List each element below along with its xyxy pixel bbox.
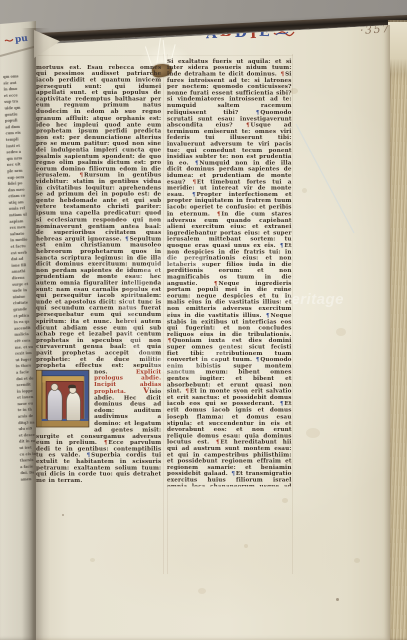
stain — [290, 88, 298, 94]
stain — [302, 188, 307, 193]
manuscript-page: d O A B D I E ·357 mortuus est. Esau reb… — [28, 0, 390, 640]
miniature-figure-left — [47, 389, 62, 421]
facing-page-strip: pu qm omssic autin dmoet eccesup trauide… — [0, 0, 36, 640]
watermark-text-fragment: Heritage — [128, 217, 172, 229]
miniature-figure-left-head — [51, 383, 59, 391]
facing-header-letters: pu — [14, 32, 28, 47]
facing-running-header: pu — [3, 32, 28, 48]
fore-edge-page-stack — [388, 20, 407, 640]
watermark-text: Heritage — [280, 291, 344, 308]
parchment-mottling — [78, 490, 358, 620]
stain — [306, 428, 320, 438]
miniature-figure-right — [66, 392, 81, 421]
chapter-opening-block: nos. Explicit prologus abdie. Incipit ab… — [36, 369, 161, 484]
illuminated-miniature — [36, 370, 89, 427]
speck — [62, 514, 64, 516]
fore-edge-top-leaves — [388, 22, 407, 74]
stain — [336, 328, 346, 336]
miniature-frame-right — [84, 376, 88, 422]
manuscript-photo: d O A B D I E ·357 mortuus est. Esau reb… — [0, 0, 407, 640]
miniature-figure-right-hood — [68, 385, 76, 389]
header-flourish-icon — [4, 36, 15, 45]
